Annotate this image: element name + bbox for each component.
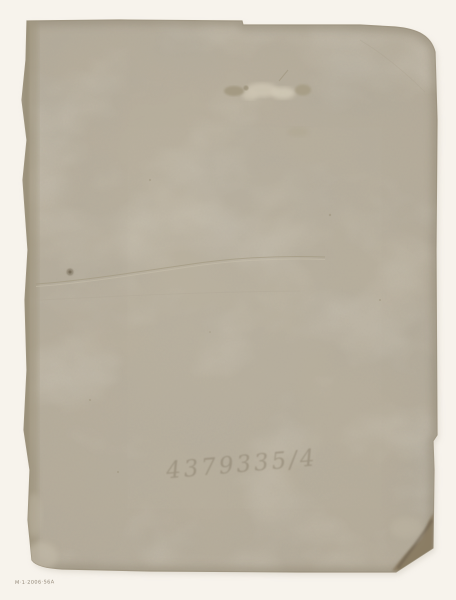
residue-dark-dot: [244, 86, 249, 91]
faint-smudge: [287, 127, 309, 137]
catalog-number-inscription: M·1·2006·56A: [15, 579, 55, 586]
freckle: [329, 214, 331, 216]
paper-surface-texture: 4379335/4: [0, 0, 456, 600]
residue-dark-patch: [224, 86, 244, 96]
paper-sheet: 4379335/4: [0, 0, 456, 600]
freckle: [89, 399, 91, 401]
photo-of-aged-paper-cover: 4379335/4 M·1·2006·56A: [0, 0, 456, 600]
spot-center: [69, 271, 72, 274]
residue-light-patch: [242, 90, 258, 100]
tear-worn-halo: [390, 517, 422, 539]
ink-spot: [67, 269, 74, 276]
residue-light-patch: [271, 87, 295, 99]
freckle: [209, 331, 211, 333]
freckle: [149, 179, 151, 181]
freckle: [379, 299, 381, 301]
residue-dark-patch: [295, 85, 311, 96]
freckle: [117, 471, 119, 473]
